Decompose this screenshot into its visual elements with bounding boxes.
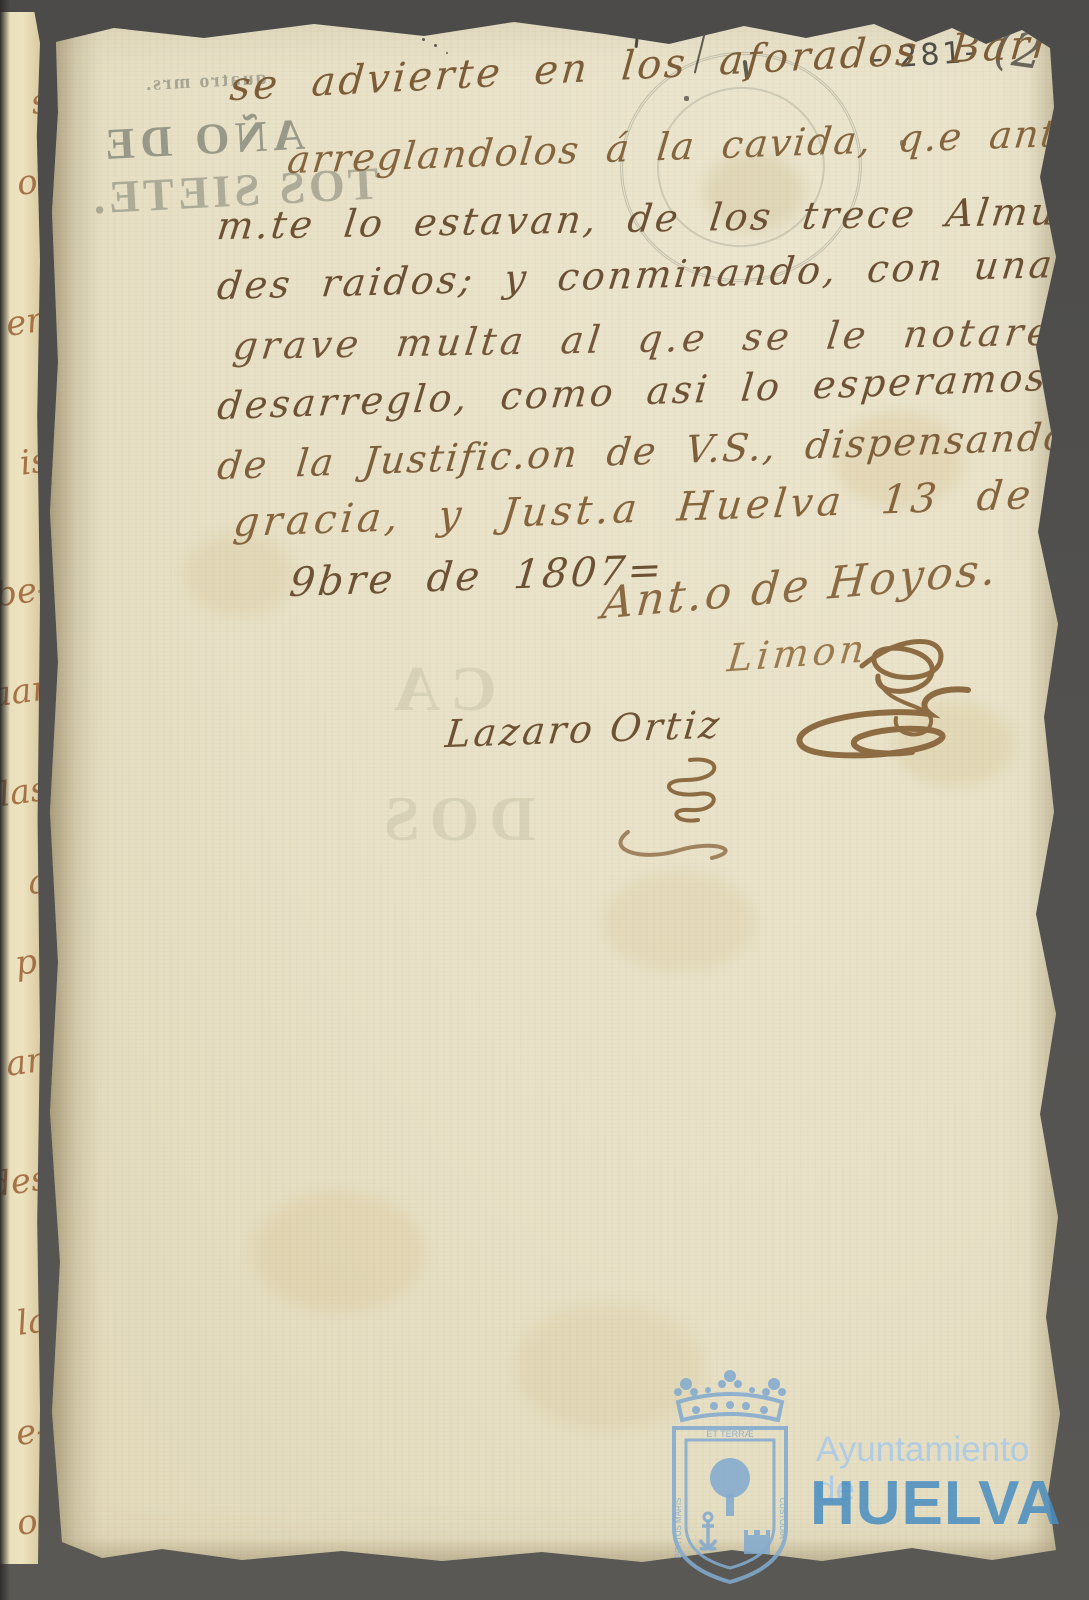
svg-text:CUSTODIA: CUSTODIA	[778, 1497, 787, 1539]
svg-text:PORTUS MARIS: PORTUS MARIS	[674, 1498, 683, 1559]
manuscript-line: des raidos; y conminando, con una	[215, 242, 1057, 308]
ink-speck	[434, 44, 437, 47]
huelva-logo: ET TERRÆ PORTUS MARIS CUSTODIA Ayuntamie…	[652, 1368, 1072, 1600]
margin-fragment: a	[25, 861, 40, 903]
margin-fragment: des	[0, 1158, 40, 1206]
margin-fragment: p.	[13, 940, 40, 984]
margin-fragment: aar	[0, 668, 40, 716]
stain	[254, 1192, 424, 1312]
scan-background: s o, en is be- aar las a p. an des la e-…	[0, 0, 1089, 1600]
margin-fragment: an	[3, 1039, 40, 1084]
svg-text:ET TERRÆ: ET TERRÆ	[706, 1429, 753, 1439]
margin-fragment: la	[14, 1300, 40, 1344]
margin-fragment: o.	[15, 1500, 40, 1544]
ink-speck	[755, 17, 772, 28]
signature-rubric	[744, 684, 984, 794]
adjacent-page-strip: s o, en is be- aar las a p. an des la e-…	[0, 12, 40, 1564]
manuscript-page: quatro mrs. AÑO DE TOS SIETE. - 281- (2 …	[44, 12, 1068, 1568]
ink-speck	[684, 96, 689, 101]
margin-fragment: e-	[14, 1410, 40, 1454]
margin-fragment: s	[28, 81, 40, 123]
huelva-shield-icon: ET TERRÆ PORTUS MARIS CUSTODIA	[652, 1368, 812, 1600]
gutter-shadow	[44, 12, 100, 1568]
stain	[604, 872, 754, 972]
margin-fragment: en	[3, 299, 40, 344]
watermark-ghost: CA	[384, 652, 496, 726]
margin-fragment: be-	[0, 568, 40, 615]
logo-text-huelva: HUELVA	[810, 1468, 1062, 1539]
margin-fragment: las	[0, 769, 40, 815]
margin-fragment: o,	[14, 160, 40, 204]
margin-fragment: is	[17, 440, 40, 484]
watermark-ghost: DOS	[374, 782, 536, 856]
ink-speck	[422, 38, 425, 41]
